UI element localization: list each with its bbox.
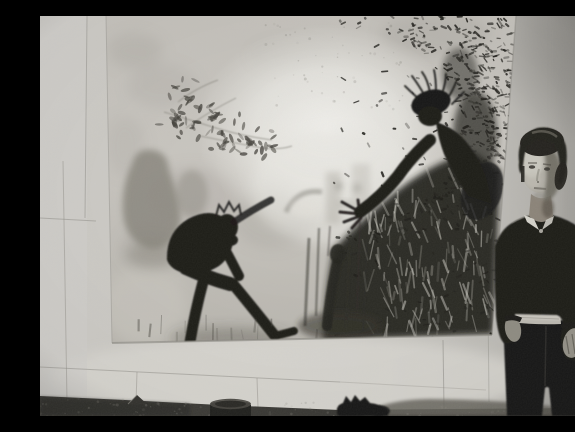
photograph (40, 16, 575, 416)
film-grain (40, 16, 575, 416)
photo-canvas (40, 16, 575, 416)
